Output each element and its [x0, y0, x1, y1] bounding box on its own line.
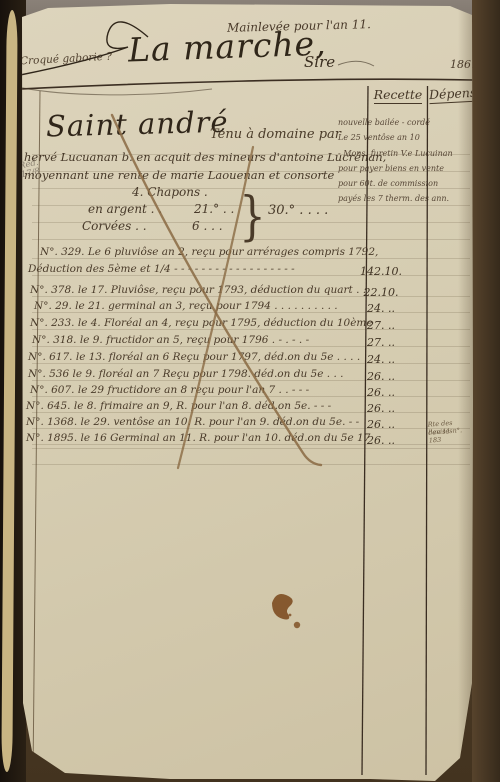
entry-line: N°. 318. le 9. fructidor an 5, reçu pour… [32, 334, 309, 346]
page-title-suffix: Sire [304, 53, 335, 71]
entry-value: 26. .. [342, 418, 420, 431]
entry-value: 24. .. [342, 302, 420, 315]
brace: } [239, 187, 265, 247]
column-annotation-line: pour 60t. de commission [338, 176, 478, 191]
entry-value: 26. .. [342, 370, 420, 383]
entry-line: N°. 329. Le 6 pluviôse an 2, reçu pour a… [40, 246, 378, 258]
ruling-line [32, 258, 470, 259]
account-name: Saint andré [46, 105, 229, 144]
ruling-line [32, 464, 470, 465]
account-tenure: Tenu à domaine par [210, 127, 341, 142]
ink-blot [272, 594, 293, 619]
entry-line: N°. 1895. le 16 Germinal an 11. R. pour … [26, 432, 370, 444]
ledger-page: Mainlevée pour l'an 11. La marche, Sire … [20, 3, 474, 782]
manuscript-scan: Mainlevée pour l'an 11. La marche, Sire … [0, 0, 500, 782]
account-argent-value: 21.° . . [194, 202, 234, 216]
entry-line: N°. 645. le 8. frimaire an 9, R. pour l'… [26, 400, 331, 412]
page-title: La marche, [127, 24, 327, 70]
column-header-recette: Recette [370, 87, 426, 102]
entry-value: 24. .. [342, 353, 420, 366]
account-corvees-label: Corvées . . [82, 219, 147, 233]
entry-line: N°. 607. le 29 fructidore an 8 reçu pour… [30, 384, 309, 396]
entry-value: 27. .. [342, 336, 420, 349]
entry-value: 22.10. [342, 286, 420, 299]
account-argent-label: en argent . . [88, 202, 162, 216]
flourish-line [20, 87, 212, 95]
column-annotation-line: payés les 7 therm. des ann. [338, 191, 478, 206]
margin-annotation: Croqué gaborie ? [20, 51, 113, 68]
account-total: 30.° . . . . [268, 203, 328, 218]
entry-line: N°. 1368. le 29. ventôse an 10. R. pour … [26, 416, 359, 428]
background-right [472, 0, 500, 782]
page-edge-shadow [458, 3, 474, 782]
ink-blot-drop [294, 622, 300, 628]
entry-line: N°. 617. le 13. floréal an 6 Reçu pour 1… [28, 351, 360, 363]
entry-value: 26. .. [342, 434, 420, 447]
entry-line: N°. 536 le 9. floréal an 7 Reçu pour 179… [28, 368, 343, 380]
account-line2: moyennant une rente de marie Laouenan et… [24, 168, 334, 182]
title-suffix-swash [338, 61, 374, 66]
entry-line: N°. 378. le 17. Pluviôse, reçu pour 1793… [30, 284, 366, 296]
ruling-line [32, 448, 470, 449]
entry-line: Déduction des 5ème et 1/4 - - - - - - - … [28, 263, 295, 275]
column-header-recette-label: Recette [374, 87, 423, 104]
entry-value: 26. .. [342, 402, 420, 415]
entry-line: N°. 233. le 4. Floréal an 4, reçu pour 1… [30, 317, 373, 329]
entry-line: N°. 29. le 21. germinal an 3, reçu pour … [34, 300, 338, 312]
ink-blot-speck [289, 614, 292, 617]
entry-value: 26. .. [342, 386, 420, 399]
column-annotation-line: Le 25 ventôse an 10 [338, 130, 478, 145]
entry-value: 142.10. [342, 265, 420, 278]
account-chapons: 4. Chapons . [132, 185, 208, 199]
entry-value: 27. .. [342, 319, 420, 332]
account-corvees-value: 6 . . . [192, 219, 223, 233]
account-line1: hervé Lucuanan b. en acquit des mineurs … [24, 150, 386, 164]
column-annotation-line: nouvelle bailée - cordé [338, 115, 478, 130]
